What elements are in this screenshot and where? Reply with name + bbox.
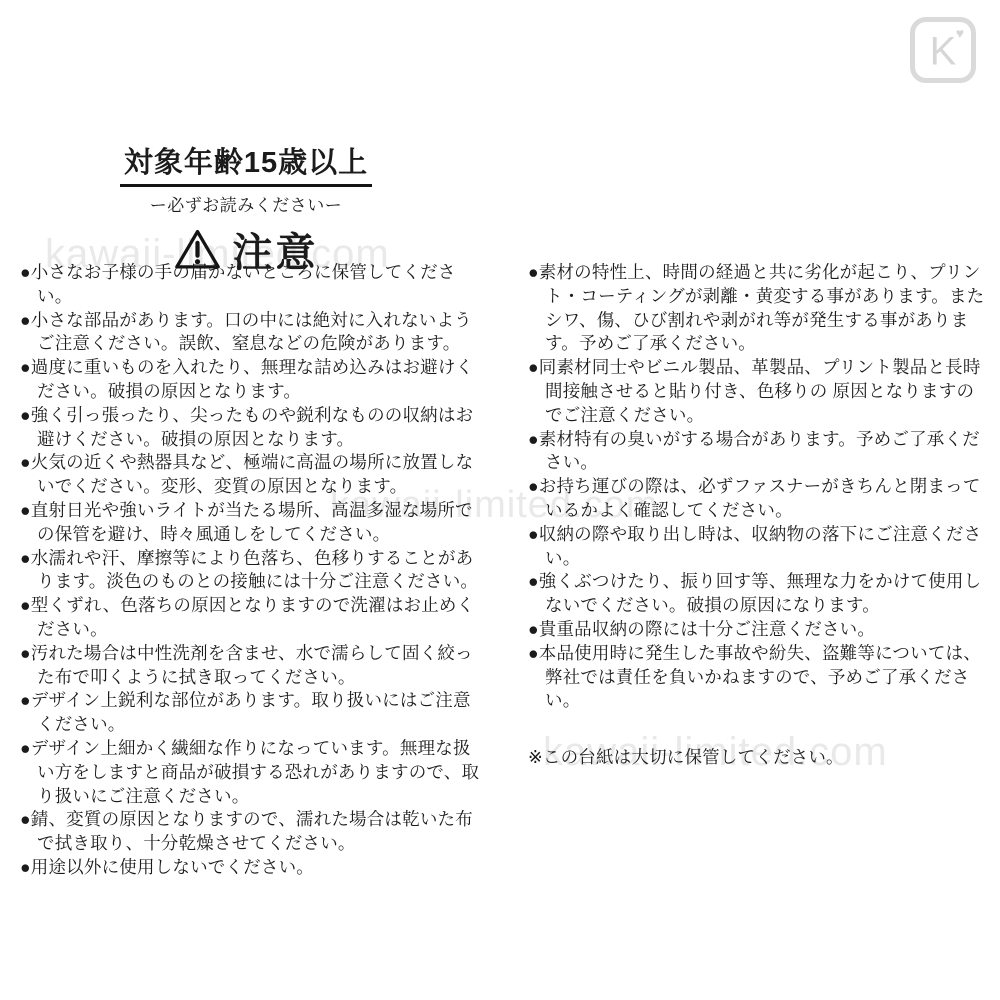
warning-item: ●貴重品収納の際には十分ご注意ください。 — [528, 618, 990, 642]
warning-item: ●強くぶつけたり、振り回す等、無理な力をかけて使用しないでください。破損の原因に… — [528, 570, 990, 618]
warning-item: ●直射日光や強いライトが当たる場所、高温多湿な場所での保管を避け、時々風通しをし… — [20, 499, 485, 547]
logo-letter: K — [930, 30, 957, 75]
warning-item: ●強く引っ張ったり、尖ったものや鋭利なものの収納はお避けください。破損の原因とな… — [20, 404, 485, 452]
warning-item: ●素材の特性上、時間の経過と共に劣化が起こり、プリント・コーティングが剥離・黄変… — [528, 261, 990, 356]
warnings-left-column: ●小さなお子様の手の届かないところに保管してください。 ●小さな部品があります。… — [20, 261, 485, 880]
warning-item: ●型くずれ、色落ちの原因となりますので洗濯はお止めください。 — [20, 594, 485, 642]
warning-item: ●小さな部品があります。口の中には絶対に入れないようご注意ください。誤飲、窒息な… — [20, 309, 485, 357]
warning-item: ●本品使用時に発生した事故や紛失、盗難等については、弊社では責任を負いかねますの… — [528, 642, 990, 713]
header: 対象年齢15歳以上 ー必ずお読みくださいー 注意 — [0, 140, 492, 278]
warning-item: ●錆、変質の原因となりますので、濡れた場合は乾いた布で拭き取り、十分乾燥させてく… — [20, 808, 485, 856]
warning-item: ●火気の近くや熱器具など、極端に高温の場所に放置しないでください。変形、変質の原… — [20, 451, 485, 499]
age-notice: 対象年齢15歳以上 — [120, 140, 372, 187]
warning-item: ●用途以外に使用しないでください。 — [20, 856, 485, 880]
warning-item: ●過度に重いものを入れたり、無理な詰め込みはお避けください。破損の原因となります… — [20, 356, 485, 404]
keep-card-footnote: ※この台紙は大切に保管してください。 — [528, 746, 990, 770]
warning-item: ●お持ち運びの際は、必ずファスナーがきちんと閉まっているかよく確認してください。 — [528, 475, 990, 523]
warnings-right-column: ●素材の特性上、時間の経過と共に劣化が起こり、プリント・コーティングが剥離・黄変… — [528, 261, 990, 770]
warning-item: ●素材特有の臭いがする場合があります。予めご了承ください。 — [528, 428, 990, 476]
kawaii-limited-logo: K ♥ — [910, 17, 976, 83]
warning-item: ●小さなお子様の手の届かないところに保管してください。 — [20, 261, 485, 309]
warning-item: ●同素材同士やビニル製品、革製品、プリント製品と長時間接触させると貼り付き、色移… — [528, 356, 990, 427]
must-read-note: ー必ずお読みくださいー — [0, 191, 492, 216]
warning-item: ●収納の際や取り出し時は、収納物の落下にご注意ください。 — [528, 523, 990, 571]
warning-item: ●汚れた場合は中性洗剤を含ませ、水で濡らして固く絞った布で叩くように拭き取ってく… — [20, 642, 485, 690]
warning-item: ●水濡れや汗、摩擦等により色落ち、色移りすることがあります。淡色のものとの接触に… — [20, 547, 485, 595]
warning-item: ●デザイン上鋭利な部位があります。取り扱いにはご注意ください。 — [20, 689, 485, 737]
warning-item: ●デザイン上細かく繊細な作りになっています。無理な扱い方をしますと商品が破損する… — [20, 737, 485, 808]
heart-icon: ♥ — [956, 25, 964, 41]
